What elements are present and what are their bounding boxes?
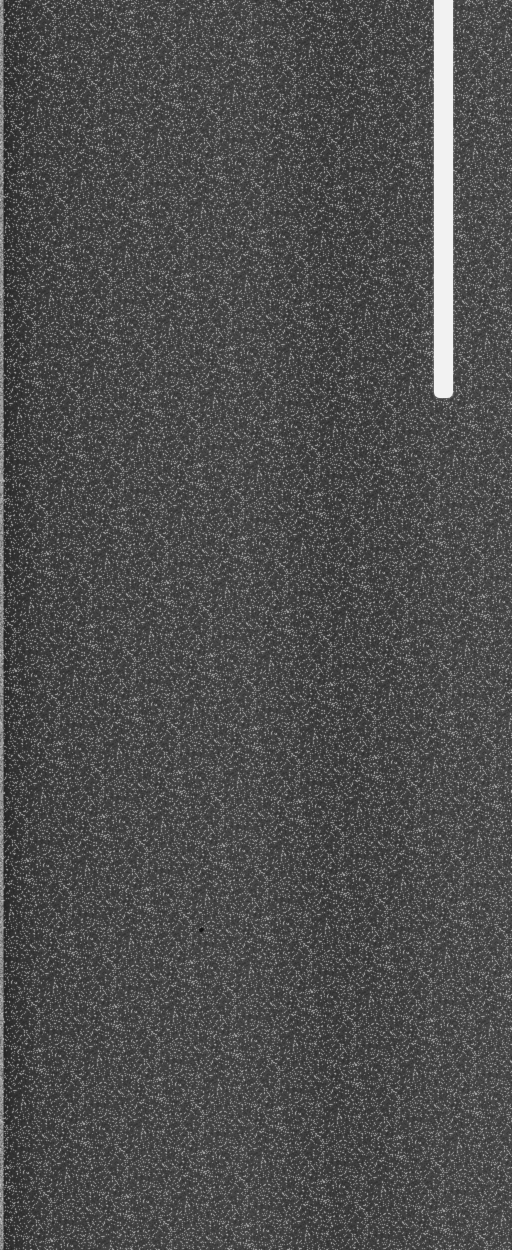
asphalt-surface: Top-down grayscale view of textured asph… — [0, 0, 512, 1250]
lane-marking — [434, 0, 453, 398]
